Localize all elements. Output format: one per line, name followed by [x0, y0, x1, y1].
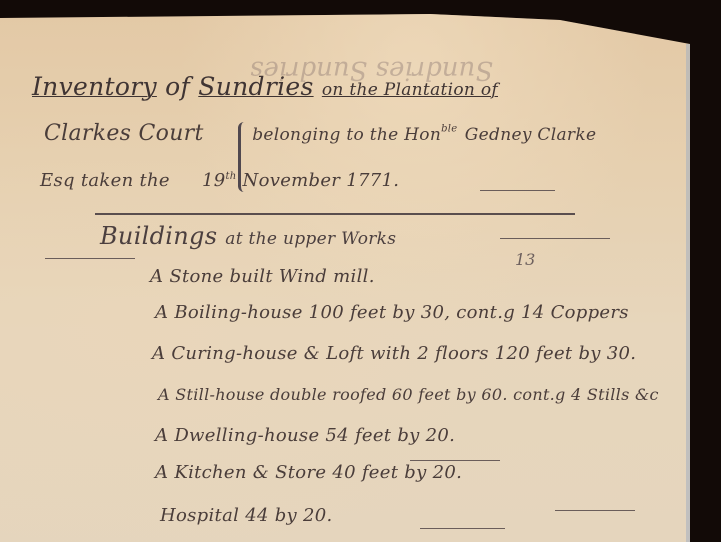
left-rule: [45, 258, 135, 259]
margin-mark: 13: [515, 250, 535, 269]
date-month-year: November 1771.: [243, 170, 400, 191]
heading-main: Buildings: [100, 222, 217, 250]
owner-name: Gedney Clarke: [465, 125, 597, 145]
heading-dash: [500, 238, 610, 239]
date-line: Esq taken the 19th November 1771.: [40, 170, 399, 191]
taken-text: taken the: [81, 170, 170, 191]
inventory-item: A Still-house double roofed 60 feet by 6…: [158, 385, 659, 404]
section-heading: Buildings at the upper Works: [100, 222, 396, 250]
esq-text: Esq: [40, 170, 75, 191]
date-day: 19: [202, 170, 226, 191]
inventory-item: A Boiling-house 100 feet by 30, cont.g 1…: [155, 302, 629, 323]
date-day-sup: th: [225, 171, 236, 182]
date-dash: [480, 190, 555, 191]
inventory-item: Hospital 44 by 20.: [160, 505, 333, 526]
item-dash: [410, 460, 500, 461]
inventory-item: A Dwelling-house 54 feet by 20.: [155, 425, 455, 446]
inventory-item: A Kitchen & Store 40 feet by 20.: [155, 462, 462, 483]
document-title: Inventory of Sundries on the Plantation …: [32, 72, 498, 101]
title-of: of: [165, 72, 190, 101]
inventory-item: A Curing-house & Loft with 2 floors 120 …: [152, 343, 636, 364]
place-name: Clarkes Court: [44, 121, 204, 146]
inventory-item: A Stone built Wind mill.: [150, 266, 375, 287]
title-plantation: on the Plantation of: [322, 80, 498, 100]
title-sundries: Sundries: [198, 72, 313, 101]
ownership-text: belonging to the Hon: [252, 125, 441, 145]
plantation-line: Clarkes Court belonging to the Honble Ge…: [44, 121, 596, 146]
page-edge: [686, 44, 690, 542]
honorific-sup: ble: [441, 124, 457, 135]
title-inventory: Inventory: [32, 72, 157, 101]
heading-sub: at the upper Works: [225, 229, 396, 249]
section-rule: [95, 213, 575, 215]
item-dash: [420, 528, 505, 529]
item-dash: [555, 510, 635, 511]
